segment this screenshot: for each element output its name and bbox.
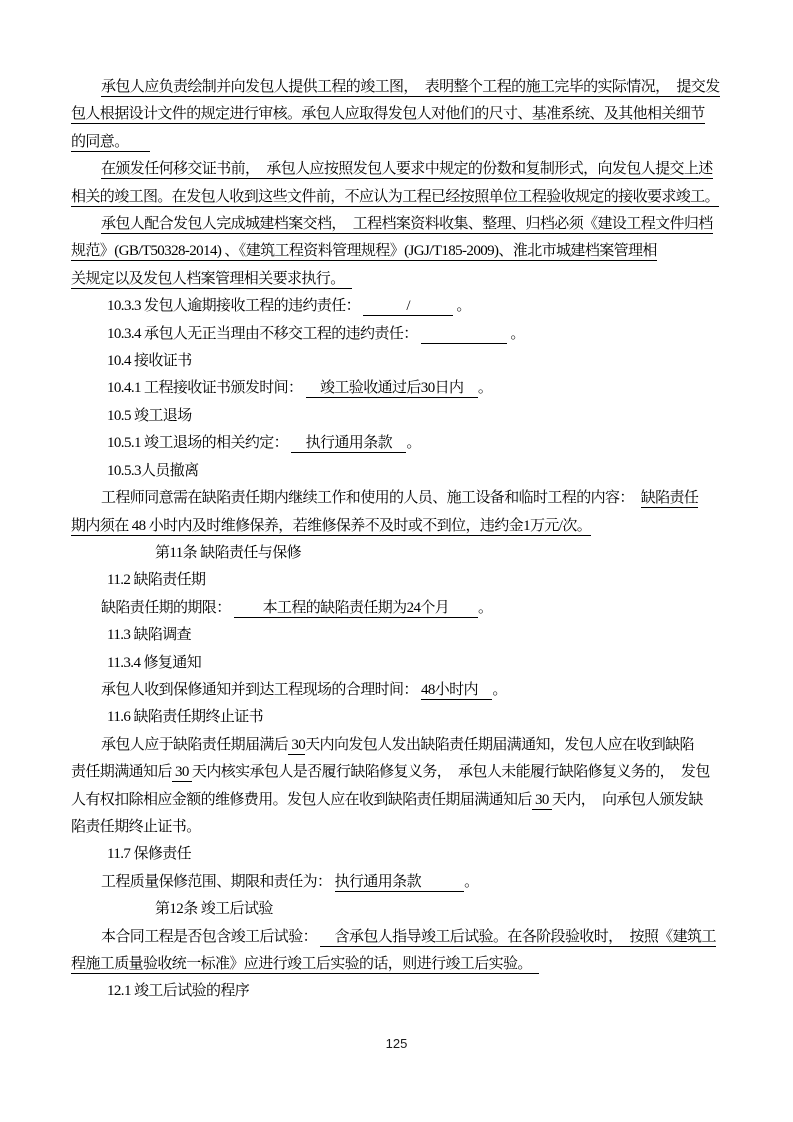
underlined-text: 承包人应负责绘制并向发包人提供工程的竣工图， 表明整个工程的施工完毕的实际情况，… [101, 79, 720, 97]
text-line: 本合同工程是否包含竣工后试验： 含承包人指导竣工后试验。在各阶段验收时， 按照《… [71, 924, 727, 951]
text-line: 承包人配合发包人完成城建档案交档， 工程档案资料收集、整理、归档必须《建设工程文… [71, 211, 727, 238]
text-run: 第11条 缺陷责任与保修 [155, 545, 301, 561]
underlined-text [421, 326, 507, 344]
text-run: 人有权扣除相应金额的维修费用。发包人应在收到缺陷责任期届满通知后 [71, 792, 532, 808]
underlined-text: 规范》(GB/T50328-2014) 、《建筑工程资料管理规程》(JGJ/T1… [71, 243, 657, 261]
text-line: 缺陷责任期的期限： 本工程的缺陷责任期为24个月 。 [71, 595, 727, 622]
text-line: 陷责任期终止证书。 [71, 814, 727, 841]
text-run: 10.4.1 工程接收证书颁发时间： [107, 380, 306, 396]
text-line: 包人根据设计文件的规定进行审核。承包人应取得发包人对他们的尺寸、基准系统、及其他… [71, 101, 727, 128]
underlined-text: 48小时内 [421, 682, 492, 700]
underlined-text: 相关的竣工图。在发包人收到这些文件前，不应认为工程已经按照单位工程验收规定的接收… [71, 189, 719, 207]
underlined-text: 30 [172, 764, 192, 782]
underlined-text: 承包人配合发包人完成城建档案交档， 工程档案资料收集、整理、归档必须《建设工程文… [101, 216, 713, 234]
text-run: 天内， 向承包人颁发缺 [552, 792, 703, 808]
text-line: 承包人应负责绘制并向发包人提供工程的竣工图， 表明整个工程的施工完毕的实际情况，… [71, 74, 727, 101]
text-line: 的同意。 [71, 129, 727, 156]
text-line: 10.4.1 工程接收证书颁发时间： 竣工验收通过后30日内 。 [71, 375, 727, 402]
text-line: 11.3 缺陷调查 [71, 622, 727, 649]
text-run: 12.1 竣工后试验的程序 [107, 983, 249, 999]
text-line: 10.5.3人员撤离 [71, 458, 727, 485]
text-run: 11.6 缺陷责任期终止证书 [107, 709, 263, 725]
text-run: 10.3.4 承包人无正当理由不移交工程的违约责任： [107, 326, 421, 342]
underlined-text: 包人根据设计文件的规定进行审核。承包人应取得发包人对他们的尺寸、基准系统、及其他… [71, 106, 705, 124]
underlined-text: 30 [532, 792, 552, 810]
text-run: 10.4 接收证书 [107, 353, 192, 369]
text-run: 。 [478, 380, 492, 396]
text-run: 。 [478, 600, 492, 616]
text-run: 。 [464, 874, 478, 890]
text-line: 第11条 缺陷责任与保修 [71, 540, 727, 567]
text-line: 10.5 竣工退场 [71, 403, 727, 430]
text-run: 第12条 竣工后试验 [155, 901, 273, 917]
text-line: 第12条 竣工后试验 [71, 896, 727, 923]
text-run: 。 [507, 326, 525, 342]
text-line: 关规定以及发包人档案管理相关要求执行。 [71, 266, 727, 293]
underlined-text: 含承包人指导竣工后试验。在各阶段验收时， 按照《建筑工 [320, 929, 716, 947]
text-run: 陷责任期终止证书。 [71, 819, 201, 835]
underlined-text: 缺陷责任 [641, 490, 699, 508]
underlined-text: 在颁发任何移交证书前， 承包人应按照发包人要求中规定的份数和复制形式，向发包人提… [101, 161, 713, 179]
text-line: 承包人应于缺陷责任期届满后 30天内向发包人发出缺陷责任期届满通知，发包人应在收… [71, 732, 727, 759]
text-run: 10.5.1 竣工退场的相关约定： [107, 435, 291, 451]
underlined-text: 竣工验收通过后30日内 [306, 380, 478, 398]
text-run: 承包人应于缺陷责任期届满后 [101, 737, 288, 753]
text-run: 10.5.3人员撤离 [107, 463, 199, 479]
text-run: 工程师同意需在缺陷责任期内继续工作和使用的人员、施工设备和临时工程的内容： [101, 490, 641, 506]
text-line: 11.6 缺陷责任期终止证书 [71, 704, 727, 731]
text-run: 本合同工程是否包含竣工后试验： [101, 929, 320, 945]
text-line: 11.3.4 修复通知 [71, 650, 727, 677]
text-line: 11.2 缺陷责任期 [71, 567, 727, 594]
text-run: 缺陷责任期的期限： [101, 600, 234, 616]
text-line: 程施工质量验收统一标准》应进行竣工后实验的话，则进行竣工后实验。 [71, 951, 727, 978]
underlined-text: 执行通用条款 [291, 435, 406, 453]
text-line: 人有权扣除相应金额的维修费用。发包人应在收到缺陷责任期届满通知后 30 天内， … [71, 787, 727, 814]
underlined-text: 本工程的缺陷责任期为24个月 [234, 600, 478, 618]
text-line: 工程质量保修范围、期限和责任为： 执行通用条款 。 [71, 869, 727, 896]
text-run: 。 [453, 298, 471, 314]
text-line: 承包人收到保修通知并到达工程现场的合理时间： 48小时内 。 [71, 677, 727, 704]
text-line: 11.7 保修责任 [71, 841, 727, 868]
page-number: 125 [0, 1036, 793, 1051]
text-run: 承包人收到保修通知并到达工程现场的合理时间： [101, 682, 421, 698]
text-run: 11.2 缺陷责任期 [107, 572, 205, 588]
underlined-text: 程施工质量验收统一标准》应进行竣工后实验的话，则进行竣工后实验。 [71, 956, 539, 974]
text-line: 12.1 竣工后试验的程序 [71, 978, 727, 1005]
text-run: 11.7 保修责任 [107, 846, 191, 862]
underlined-text: / [363, 298, 453, 316]
text-run: 天内核实承包人是否履行缺陷修复义务， 承包人未能履行缺陷修复义务的， 发包 [192, 764, 710, 780]
text-line: 相关的竣工图。在发包人收到这些文件前，不应认为工程已经按照单位工程验收规定的接收… [71, 184, 727, 211]
text-line: 10.3.3 发包人逾期接收工程的违约责任： / 。 [71, 293, 727, 320]
text-line: 10.3.4 承包人无正当理由不移交工程的违约责任： 。 [71, 321, 727, 348]
text-line: 期内须在 48 小时内及时维修保养，若维修保养不及时或不到位，违约金1万元/次。 [71, 513, 727, 540]
document-page: 承包人应负责绘制并向发包人提供工程的竣工图， 表明整个工程的施工完毕的实际情况，… [0, 0, 793, 1122]
text-run: 10.5 竣工退场 [107, 408, 192, 424]
text-line: 工程师同意需在缺陷责任期内继续工作和使用的人员、施工设备和临时工程的内容： 缺陷… [71, 485, 727, 512]
text-run: 天内向发包人发出缺陷责任期届满通知，发包人应在收到缺陷 [305, 737, 694, 753]
text-run: 。 [406, 435, 420, 451]
underlined-text: 的同意。 [71, 134, 150, 152]
text-run: 11.3.4 修复通知 [107, 655, 201, 671]
document-body: 承包人应负责绘制并向发包人提供工程的竣工图， 表明整个工程的施工完毕的实际情况，… [71, 74, 727, 1006]
text-run: 。 [492, 682, 506, 698]
text-line: 规范》(GB/T50328-2014) 、《建筑工程资料管理规程》(JGJ/T1… [71, 238, 727, 265]
text-run: 10.3.3 发包人逾期接收工程的违约责任： [107, 298, 363, 314]
text-line: 10.5.1 竣工退场的相关约定： 执行通用条款 。 [71, 430, 727, 457]
text-line: 10.4 接收证书 [71, 348, 727, 375]
text-line: 责任期满通知后 30 天内核实承包人是否履行缺陷修复义务， 承包人未能履行缺陷修… [71, 759, 727, 786]
text-run: 责任期满通知后 [71, 764, 172, 780]
text-line: 在颁发任何移交证书前， 承包人应按照发包人要求中规定的份数和复制形式，向发包人提… [71, 156, 727, 183]
underlined-text: 关规定以及发包人档案管理相关要求执行。 [71, 271, 352, 289]
underlined-text: 执行通用条款 [335, 874, 465, 892]
underlined-text: 30 [288, 737, 305, 755]
text-run: 11.3 缺陷调查 [107, 627, 191, 643]
text-run: 工程质量保修范围、期限和责任为： [101, 874, 335, 890]
underlined-text: 期内须在 48 小时内及时维修保养，若维修保养不及时或不到位，违约金1万元/次。 [71, 518, 591, 536]
